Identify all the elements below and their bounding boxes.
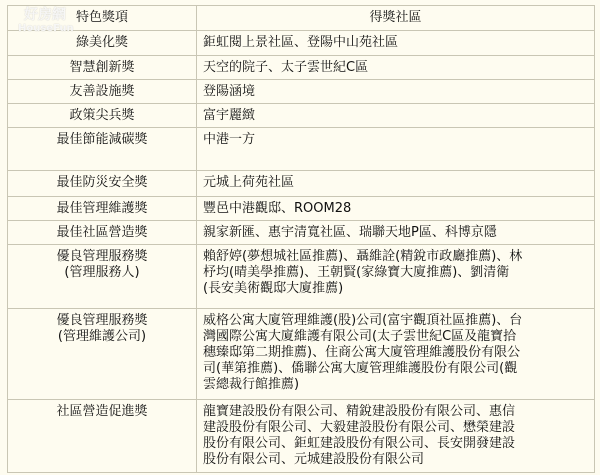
header-award: 特色獎項 xyxy=(8,6,197,31)
table-row: 社區營造促進獎龍寶建設股份有限公司、精銳建設股份有限公司、惠信建設股份有限公司、… xyxy=(8,400,595,473)
winners-line: 穗臻邸第二期推薦)、住商公寓大廈管理維護股份有限公 xyxy=(203,345,588,361)
award-name-line: 優良管理服務獎 xyxy=(14,249,190,265)
winners-line: 元城上荷苑社區 xyxy=(203,175,588,191)
winners-cell: 中港一方 xyxy=(197,128,595,171)
award-name-cell: 優良管理服務獎(管理維護公司) xyxy=(8,309,197,400)
winners-line: 股份有限公司、元城建設股份有限公司 xyxy=(203,452,588,468)
winners-cell: 龍寶建設股份有限公司、精銳建設股份有限公司、惠信建設股份有限公司、大毅建設股份有… xyxy=(197,400,595,473)
table-row: 最佳節能減碳獎中港一方 xyxy=(8,128,595,171)
award-name-line: (管理服務人) xyxy=(14,265,190,281)
winners-cell: 富宇麗緻 xyxy=(197,104,595,128)
winners-line: 龍寶建設股份有限公司、精銳建設股份有限公司、惠信 xyxy=(203,404,588,420)
winners-line: 司(華第推薦)、僑聯公寓大廈管理維護股份有限公司(觀 xyxy=(203,361,588,377)
award-name-line: 最佳防災安全獎 xyxy=(14,175,190,191)
table-row: 最佳社區營造獎親家新匯、惠宇清寬社區、瑞聯天地P區、科博京隱 xyxy=(8,221,595,245)
header-winners: 得獎社區 xyxy=(197,6,595,31)
table-row: 友善設施獎登陽涵境 xyxy=(8,80,595,104)
award-name-cell: 最佳防災安全獎 xyxy=(8,171,197,197)
award-name-line: 最佳社區營造獎 xyxy=(14,225,190,241)
winners-line: 灣國際公寓大廈維護有限公司(太子雲世紀C區及龍寶拾 xyxy=(203,329,588,345)
winners-line: 鉅虹閱上景社區、登陽中山苑社區 xyxy=(203,35,588,51)
award-name-line: 友善設施獎 xyxy=(14,84,190,100)
award-name-line: 政策尖兵獎 xyxy=(14,108,190,124)
winners-cell: 豐邑中港觀邸、ROOM28 xyxy=(197,197,595,221)
table-row: 最佳管理維護獎豐邑中港觀邸、ROOM28 xyxy=(8,197,595,221)
winners-cell: 登陽涵境 xyxy=(197,80,595,104)
award-name-cell: 友善設施獎 xyxy=(8,80,197,104)
winners-cell: 親家新匯、惠宇清寬社區、瑞聯天地P區、科博京隱 xyxy=(197,221,595,245)
award-name-line: (管理維護公司) xyxy=(14,329,190,345)
award-name-cell: 綠美化獎 xyxy=(8,31,197,56)
table-header-row: 特色獎項 得獎社區 xyxy=(8,6,595,31)
table-row: 優良管理服務獎(管理維護公司)威格公寓大廈管理維護(股)公司(富宇觀頂社區推薦)… xyxy=(8,309,595,400)
table-row: 優良管理服務獎(管理服務人)賴舒婷(夢想城社區推薦)、聶維詮(精銳市政廳推薦)、… xyxy=(8,245,595,309)
winners-cell: 鉅虹閱上景社區、登陽中山苑社區 xyxy=(197,31,595,56)
winners-line: 天空的院子、太子雲世紀C區 xyxy=(203,60,588,76)
award-name-line: 最佳節能減碳獎 xyxy=(14,132,190,148)
winners-line: 建設股份有限公司、大毅建設股份有限公司、懋榮建設 xyxy=(203,420,588,436)
winners-cell: 元城上荷苑社區 xyxy=(197,171,595,197)
winners-line: 中港一方 xyxy=(203,132,588,148)
winners-cell: 天空的院子、太子雲世紀C區 xyxy=(197,56,595,80)
winners-line: 威格公寓大廈管理維護(股)公司(富宇觀頂社區推薦)、台 xyxy=(203,313,588,329)
award-name-cell: 社區營造促進獎 xyxy=(8,400,197,473)
award-name-line: 優良管理服務獎 xyxy=(14,313,190,329)
award-name-cell: 智慧創新獎 xyxy=(8,56,197,80)
award-name-line: 社區營造促進獎 xyxy=(14,404,190,420)
table-row: 智慧創新獎天空的院子、太子雲世紀C區 xyxy=(8,56,595,80)
winners-line: 富宇麗緻 xyxy=(203,108,588,124)
winners-line: 股份有限公司、鉅虹建設股份有限公司、長安開發建設 xyxy=(203,436,588,452)
winners-line: 親家新匯、惠宇清寬社區、瑞聯天地P區、科博京隱 xyxy=(203,225,588,241)
awards-table: 特色獎項 得獎社區 綠美化獎鉅虹閱上景社區、登陽中山苑社區智慧創新獎天空的院子、… xyxy=(7,5,595,473)
winners-line: (長安美術觀邸大廈推薦) xyxy=(203,281,588,297)
winners-line: 雲總裁行館推薦) xyxy=(203,377,588,393)
winners-cell: 威格公寓大廈管理維護(股)公司(富宇觀頂社區推薦)、台灣國際公寓大廈維護有限公司… xyxy=(197,309,595,400)
award-name-cell: 政策尖兵獎 xyxy=(8,104,197,128)
table-body: 綠美化獎鉅虹閱上景社區、登陽中山苑社區智慧創新獎天空的院子、太子雲世紀C區友善設… xyxy=(8,31,595,473)
award-name-line: 智慧創新獎 xyxy=(14,60,190,76)
table-row: 政策尖兵獎富宇麗緻 xyxy=(8,104,595,128)
award-name-cell: 優良管理服務獎(管理服務人) xyxy=(8,245,197,309)
winners-line: 賴舒婷(夢想城社區推薦)、聶維詮(精銳市政廳推薦)、林 xyxy=(203,249,588,265)
award-name-line: 綠美化獎 xyxy=(14,35,190,51)
award-name-cell: 最佳社區營造獎 xyxy=(8,221,197,245)
table-row: 綠美化獎鉅虹閱上景社區、登陽中山苑社區 xyxy=(8,31,595,56)
award-name-cell: 最佳管理維護獎 xyxy=(8,197,197,221)
winners-cell: 賴舒婷(夢想城社區推薦)、聶維詮(精銳市政廳推薦)、林杼均(晴美學推薦)、王朝賢… xyxy=(197,245,595,309)
award-name-line: 最佳管理維護獎 xyxy=(14,201,190,217)
winners-line: 豐邑中港觀邸、ROOM28 xyxy=(203,201,588,217)
winners-line: 登陽涵境 xyxy=(203,84,588,100)
winners-line: 杼均(晴美學推薦)、王朝賢(家綠寶大廈推薦)、劉清衛 xyxy=(203,265,588,281)
table-row: 最佳防災安全獎元城上荷苑社區 xyxy=(8,171,595,197)
award-name-cell: 最佳節能減碳獎 xyxy=(8,128,197,171)
page: 特色獎項 得獎社區 綠美化獎鉅虹閱上景社區、登陽中山苑社區智慧創新獎天空的院子、… xyxy=(0,0,600,475)
